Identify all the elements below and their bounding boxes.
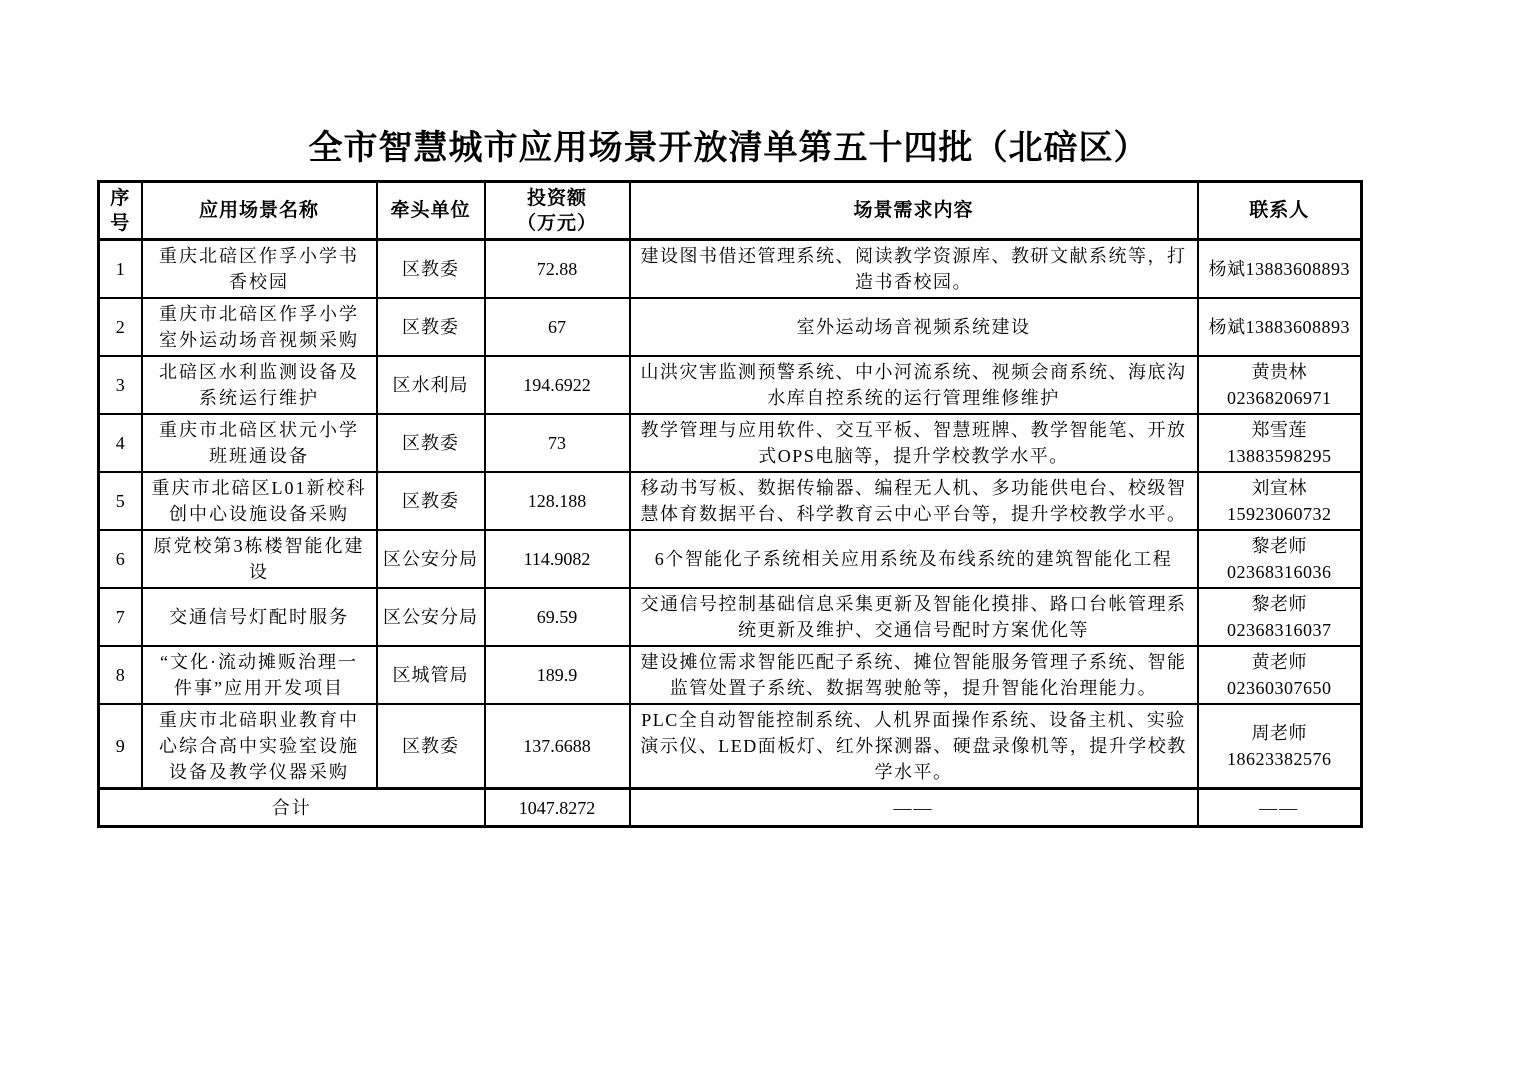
scenario-name: 重庆市北碚区状元小学班班通设备 — [142, 414, 377, 472]
scenario-requirements: 教学管理与应用软件、交互平板、智慧班牌、教学智能笔、开放式OPS电脑等，提升学校… — [630, 414, 1198, 472]
row-number: 5 — [99, 472, 142, 530]
table-row: 8“文化·流动摊贩治理一件事”应用开发项目区城管局189.9建设摊位需求智能匹配… — [99, 646, 1362, 704]
contact-person: 黎老师 02368316036 — [1198, 530, 1362, 588]
contact-person: 黄贵林 02368206971 — [1198, 356, 1362, 414]
investment-amount: 189.9 — [485, 646, 630, 704]
table-row: 7交通信号灯配时服务区公安分局69.59交通信号控制基础信息采集更新及智能化摸排… — [99, 588, 1362, 646]
table-row: 4重庆市北碚区状元小学班班通设备区教委73教学管理与应用软件、交互平板、智慧班牌… — [99, 414, 1362, 472]
table-row: 3北碚区水利监测设备及系统运行维护区水利局194.6922山洪灾害监测预警系统、… — [99, 356, 1362, 414]
table-body: 1重庆北碚区作孚小学书香校园区教委72.88建设图书借还管理系统、阅读教学资源库… — [99, 240, 1362, 789]
lead-unit: 区教委 — [377, 414, 485, 472]
contact-person: 杨斌13883608893 — [1198, 298, 1362, 356]
scenario-requirements: 建设摊位需求智能匹配子系统、摊位智能服务管理子系统、智能监管处置子系统、数据驾驶… — [630, 646, 1198, 704]
header-lead-unit: 牵头单位 — [377, 182, 485, 240]
investment-amount: 69.59 — [485, 588, 630, 646]
investment-amount: 194.6922 — [485, 356, 630, 414]
scenario-name: 重庆市北碚区L01新校科创中心设施设备采购 — [142, 472, 377, 530]
lead-unit: 区教委 — [377, 704, 485, 789]
scenario-name: 原党校第3栋楼智能化建设 — [142, 530, 377, 588]
scenario-name: 北碚区水利监测设备及系统运行维护 — [142, 356, 377, 414]
row-number: 7 — [99, 588, 142, 646]
scenario-requirements: 建设图书借还管理系统、阅读教学资源库、教研文献系统等，打造书香校园。 — [630, 240, 1198, 299]
lead-unit: 区水利局 — [377, 356, 485, 414]
scenario-table: 序号 应用场景名称 牵头单位 投资额 （万元） 场景需求内容 联系人 1重庆北碚… — [97, 180, 1363, 828]
lead-unit: 区教委 — [377, 472, 485, 530]
lead-unit: 区城管局 — [377, 646, 485, 704]
contact-person: 周老师 18623382576 — [1198, 704, 1362, 789]
table-row: 9重庆市北碚职业教育中心综合高中实验室设施设备及教学仪器采购区教委137.668… — [99, 704, 1362, 789]
scenario-requirements: 交通信号控制基础信息采集更新及智能化摸排、路口台帐管理系统更新及维护、交通信号配… — [630, 588, 1198, 646]
scenario-name: 重庆市北碚职业教育中心综合高中实验室设施设备及教学仪器采购 — [142, 704, 377, 789]
header-row: 序号 应用场景名称 牵头单位 投资额 （万元） 场景需求内容 联系人 — [99, 182, 1362, 240]
page-title: 全市智慧城市应用场景开放清单第五十四批（北碚区） — [97, 128, 1360, 170]
investment-amount: 114.9082 — [485, 530, 630, 588]
table-row: 5重庆市北碚区L01新校科创中心设施设备采购区教委128.188移动书写板、数据… — [99, 472, 1362, 530]
header-scenario-name: 应用场景名称 — [142, 182, 377, 240]
table-row: 6原党校第3栋楼智能化建设区公安分局114.90826个智能化子系统相关应用系统… — [99, 530, 1362, 588]
scenario-name: 重庆市北碚区作孚小学室外运动场音视频采购 — [142, 298, 377, 356]
row-number: 9 — [99, 704, 142, 789]
header-contact-person: 联系人 — [1198, 182, 1362, 240]
total-label: 合计 — [99, 789, 485, 827]
document: 全市智慧城市应用场景开放清单第五十四批（北碚区） 序号 应用场景名称 牵头单位 … — [97, 128, 1360, 828]
scenario-name: “文化·流动摊贩治理一件事”应用开发项目 — [142, 646, 377, 704]
investment-amount: 137.6688 — [485, 704, 630, 789]
contact-person: 刘宣林 15923060732 — [1198, 472, 1362, 530]
scenario-requirements: 移动书写板、数据传输器、编程无人机、多功能供电台、校级智慧体育数据平台、科学教育… — [630, 472, 1198, 530]
contact-person: 黄老师 02360307650 — [1198, 646, 1362, 704]
contact-person: 郑雪莲 13883598295 — [1198, 414, 1362, 472]
table-row: 2重庆市北碚区作孚小学室外运动场音视频采购区教委67室外运动场音视频系统建设杨斌… — [99, 298, 1362, 356]
row-number: 6 — [99, 530, 142, 588]
scenario-requirements: PLC全自动智能控制系统、人机界面操作系统、设备主机、实验演示仪、LED面板灯、… — [630, 704, 1198, 789]
contact-person: 黎老师 02368316037 — [1198, 588, 1362, 646]
row-number: 2 — [99, 298, 142, 356]
header-scenario-requirements: 场景需求内容 — [630, 182, 1198, 240]
lead-unit: 区教委 — [377, 298, 485, 356]
scenario-requirements: 山洪灾害监测预警系统、中小河流系统、视频会商系统、海底沟水库自控系统的运行管理维… — [630, 356, 1198, 414]
row-number: 4 — [99, 414, 142, 472]
lead-unit: 区公安分局 — [377, 530, 485, 588]
total-row: 合计 1047.8272 —— —— — [99, 789, 1362, 827]
investment-amount: 67 — [485, 298, 630, 356]
total-contact-dash: —— — [1198, 789, 1362, 827]
header-no: 序号 — [99, 182, 142, 240]
row-number: 3 — [99, 356, 142, 414]
row-number: 8 — [99, 646, 142, 704]
scenario-name: 交通信号灯配时服务 — [142, 588, 377, 646]
header-investment-amount: 投资额 （万元） — [485, 182, 630, 240]
investment-amount: 128.188 — [485, 472, 630, 530]
row-number: 1 — [99, 240, 142, 299]
scenario-requirements: 6个智能化子系统相关应用系统及布线系统的建筑智能化工程 — [630, 530, 1198, 588]
lead-unit: 区公安分局 — [377, 588, 485, 646]
investment-amount: 73 — [485, 414, 630, 472]
investment-amount: 72.88 — [485, 240, 630, 299]
table-row: 1重庆北碚区作孚小学书香校园区教委72.88建设图书借还管理系统、阅读教学资源库… — [99, 240, 1362, 299]
scenario-name: 重庆北碚区作孚小学书香校园 — [142, 240, 377, 299]
total-investment-amount: 1047.8272 — [485, 789, 630, 827]
total-requirements-dash: —— — [630, 789, 1198, 827]
contact-person: 杨斌13883608893 — [1198, 240, 1362, 299]
scenario-requirements: 室外运动场音视频系统建设 — [630, 298, 1198, 356]
lead-unit: 区教委 — [377, 240, 485, 299]
